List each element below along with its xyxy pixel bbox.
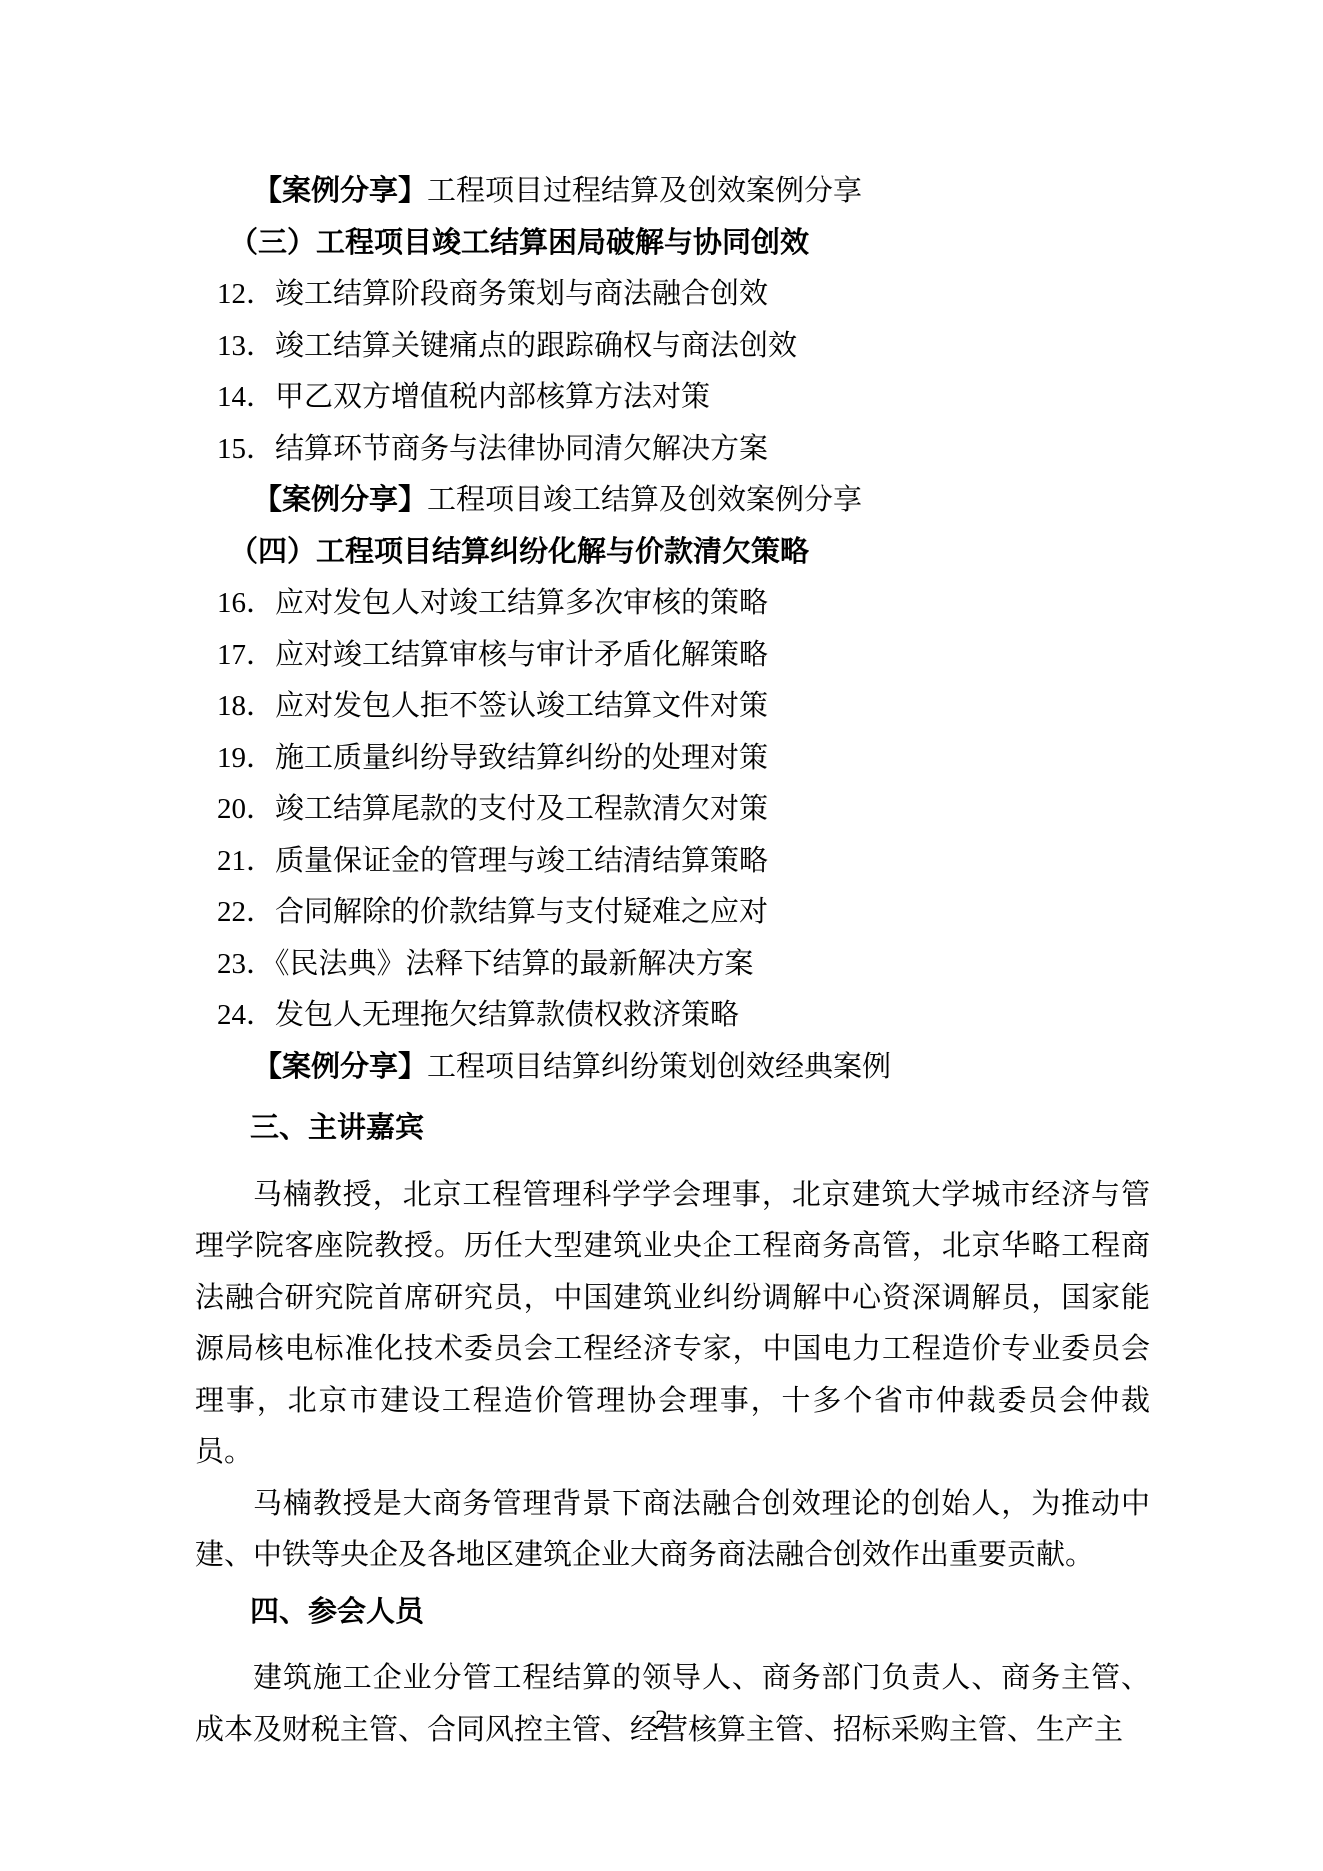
agenda-item-22: 22．合同解除的价款结算与支付疑难之应对 [195, 887, 1150, 939]
case-share-text: 工程项目竣工结算及创效案例分享 [427, 484, 862, 516]
page-number: 2 [0, 1705, 1323, 1735]
speaker-paragraph: 马楠教授是大商务管理背景下商法融合创效理论的创始人，为推动中建、中铁等央企及各地… [195, 1479, 1150, 1582]
speaker-section-heading: 三、主讲嘉宾 [195, 1103, 1150, 1155]
agenda-item-20: 20．竣工结算尾款的支付及工程款清欠对策 [195, 784, 1150, 836]
agenda-item-16: 16．应对发包人对竣工结算多次审核的策略 [195, 578, 1150, 630]
case-share-text: 工程项目结算纠纷策划创效经典案例 [427, 1051, 891, 1083]
case-share-line: 【案例分享】工程项目过程结算及创效案例分享 [195, 166, 1150, 218]
agenda-item-14: 14．甲乙双方增值税内部核算方法对策 [195, 372, 1150, 424]
attendees-section-heading: 四、参会人员 [195, 1587, 1150, 1639]
agenda-item-24: 24．发包人无理拖欠结算款债权救济策略 [195, 990, 1150, 1042]
agenda-item-13: 13．竣工结算关键痛点的跟踪确权与商法创效 [195, 321, 1150, 373]
document-page: 【案例分享】工程项目过程结算及创效案例分享 （三）工程项目竣工结算困局破解与协同… [0, 0, 1323, 1871]
section-heading-four: （四）工程项目结算纠纷化解与价款清欠策略 [195, 527, 1150, 579]
agenda-item-12: 12．竣工结算阶段商务策划与商法融合创效 [195, 269, 1150, 321]
agenda-item-19: 19．施工质量纠纷导致结算纠纷的处理对策 [195, 733, 1150, 785]
agenda-item-18: 18．应对发包人拒不签认竣工结算文件对策 [195, 681, 1150, 733]
speaker-paragraph: 马楠教授，北京工程管理科学学会理事，北京建筑大学城市经济与管理学院客座院教授。历… [195, 1170, 1150, 1479]
case-share-line: 【案例分享】工程项目竣工结算及创效案例分享 [195, 475, 1150, 527]
page-content: 【案例分享】工程项目过程结算及创效案例分享 （三）工程项目竣工结算困局破解与协同… [195, 166, 1150, 1756]
agenda-item-17: 17．应对竣工结算审核与审计矛盾化解策略 [195, 630, 1150, 682]
case-share-prefix: 【案例分享】 [253, 1051, 427, 1083]
case-share-line: 【案例分享】工程项目结算纠纷策划创效经典案例 [195, 1042, 1150, 1094]
case-share-text: 工程项目过程结算及创效案例分享 [427, 175, 862, 207]
agenda-item-23: 23．《民法典》法释下结算的最新解决方案 [195, 939, 1150, 991]
case-share-prefix: 【案例分享】 [253, 175, 427, 207]
section-heading-three: （三）工程项目竣工结算困局破解与协同创效 [195, 218, 1150, 270]
agenda-item-21: 21．质量保证金的管理与竣工结清结算策略 [195, 836, 1150, 888]
agenda-item-15: 15．结算环节商务与法律协同清欠解决方案 [195, 424, 1150, 476]
case-share-prefix: 【案例分享】 [253, 484, 427, 516]
